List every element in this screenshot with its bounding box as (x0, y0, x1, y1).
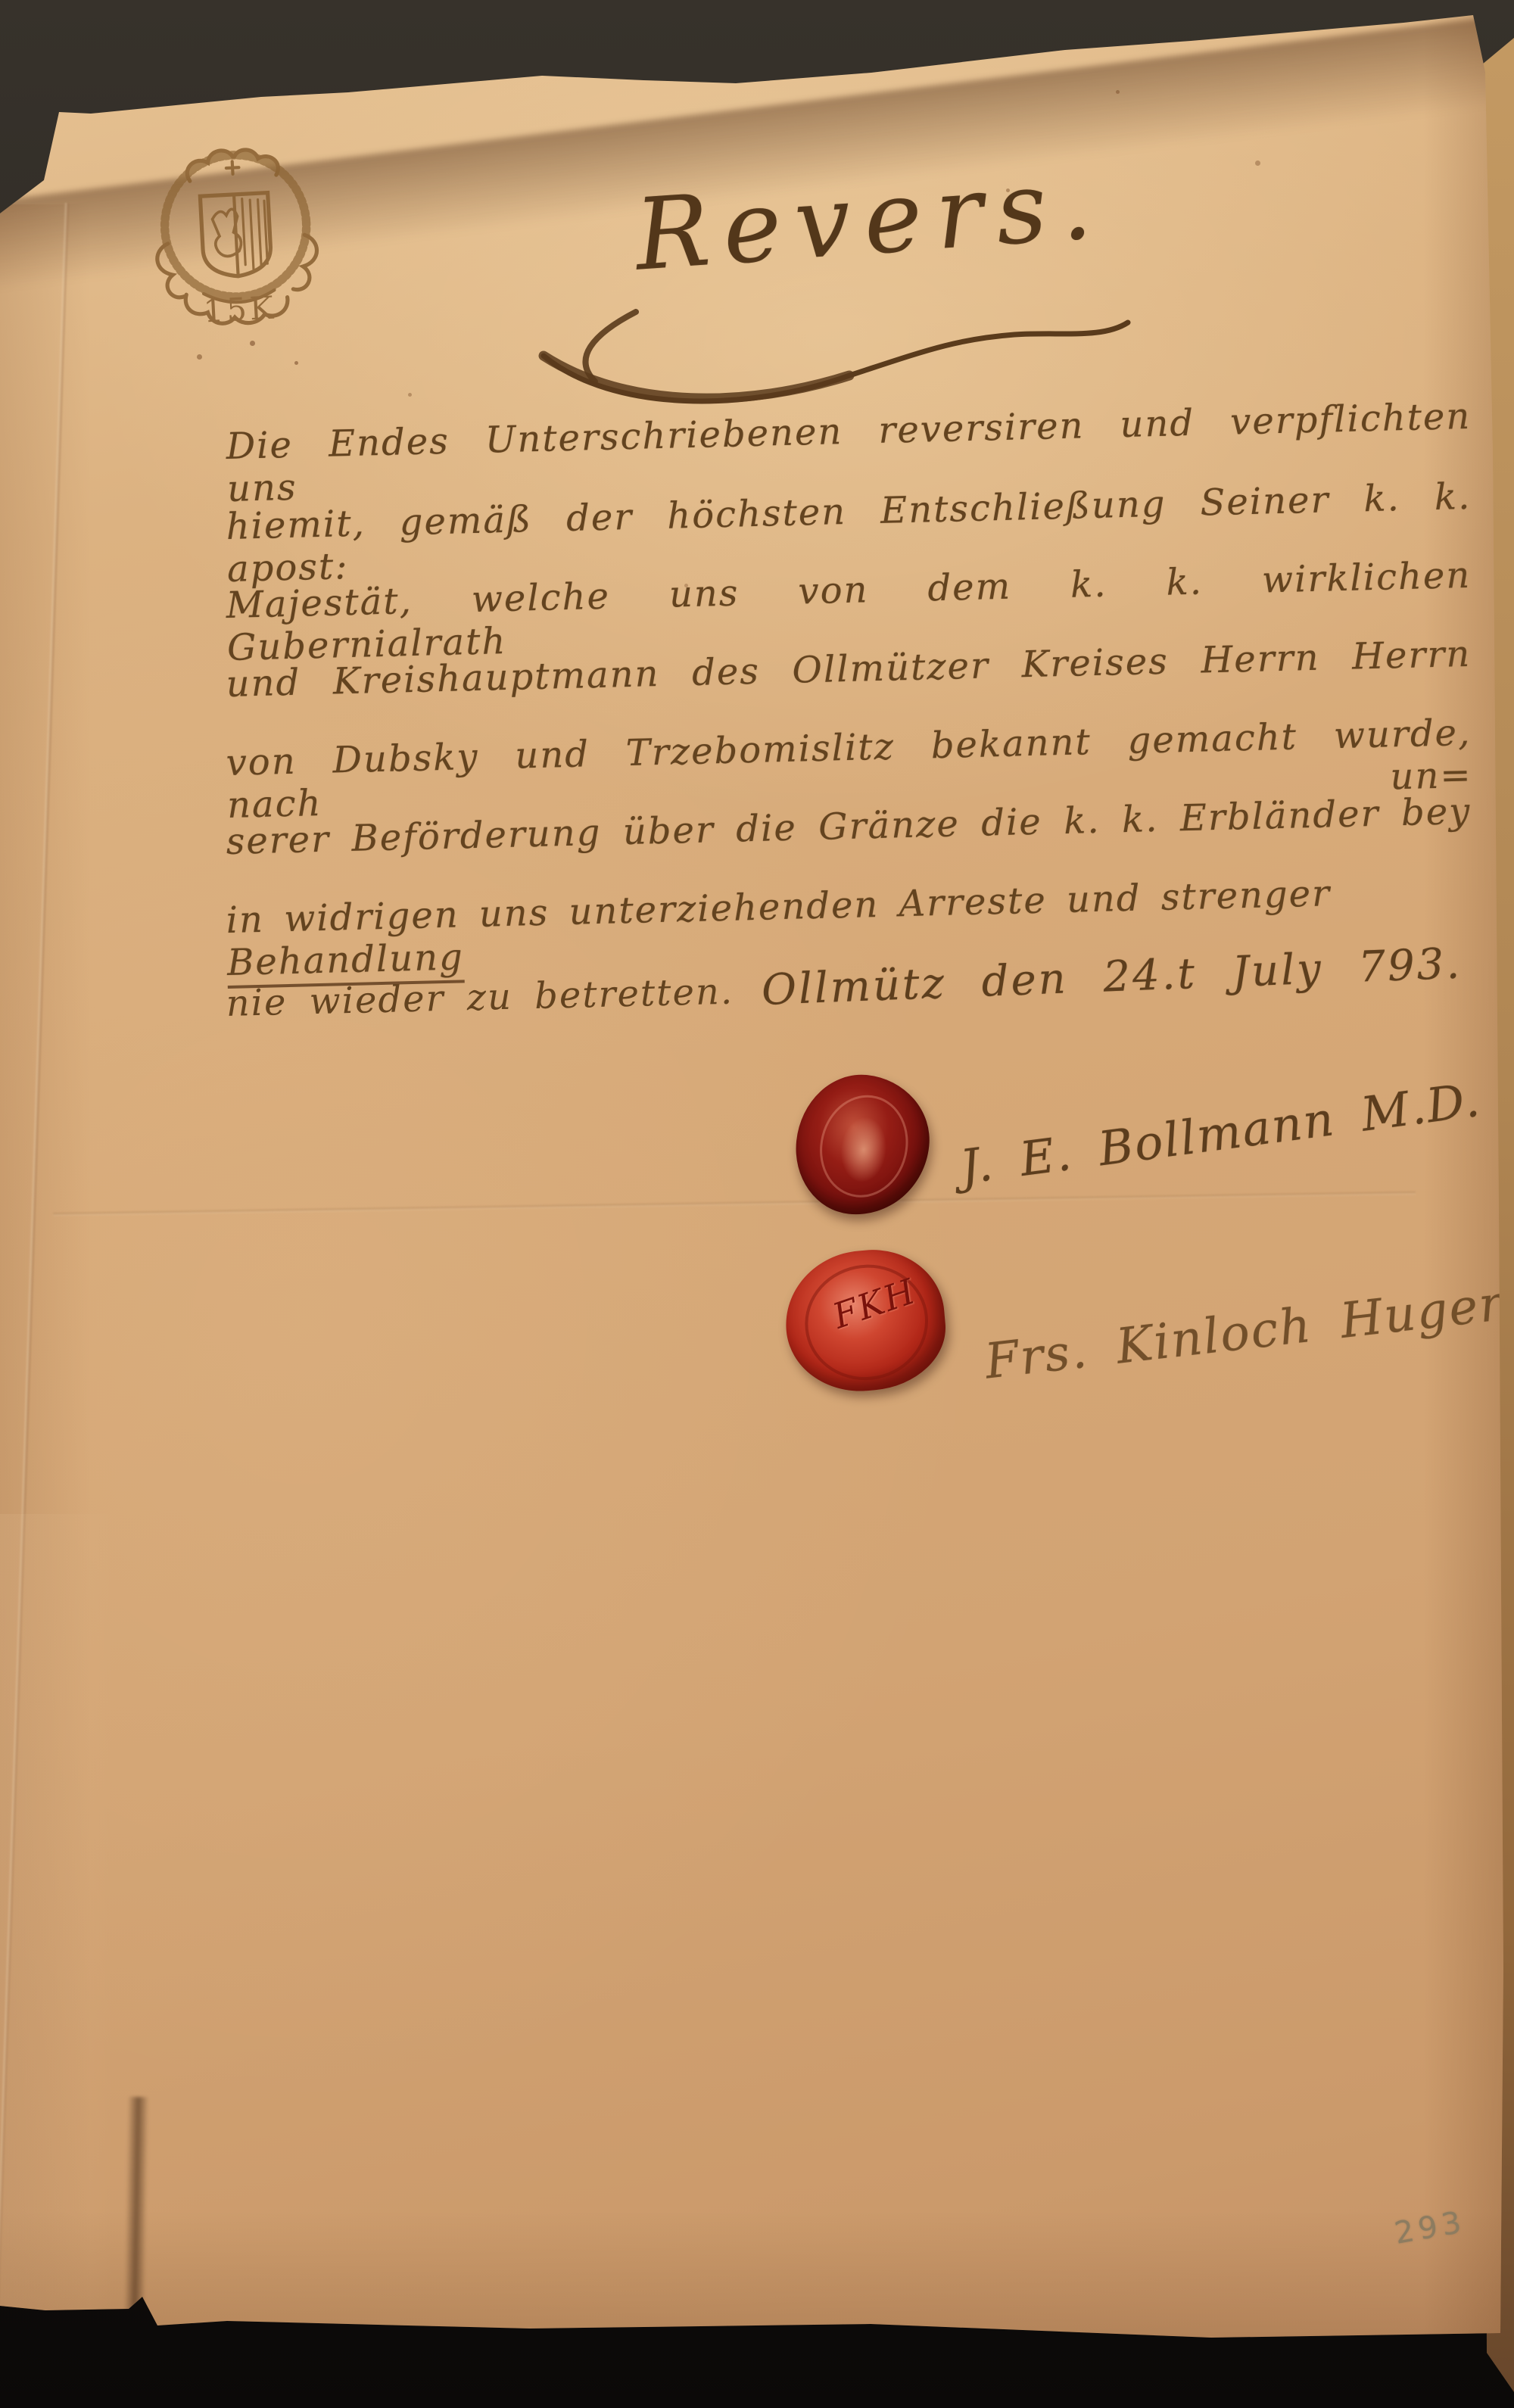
revenue-stamp-icon: 15K (140, 133, 332, 343)
document-title: Revers. (632, 154, 1108, 285)
horizontal-fold-crease (53, 1192, 1416, 1216)
photo-background: 15K Revers. Die Endes Unterschriebenen r… (0, 0, 1514, 2408)
page-gutter-shadow (123, 2097, 148, 2332)
wax-seal-bollmann-icon (790, 1068, 936, 1221)
signature-bollmann: J. E. Bollmann M.D. (958, 1076, 1484, 1192)
page-number: 293 (1392, 2204, 1469, 2251)
vertical-fold-crease (0, 203, 69, 2314)
paper-bottom-shading (0, 2211, 1514, 2408)
paper-speckles (0, 0, 2, 2)
body-line-7-text: in widrigen uns unterziehenden Arreste u… (226, 872, 1332, 942)
seal-monogram: FKH (829, 1273, 921, 1334)
stamp-value: 15K (203, 288, 278, 329)
wax-seal-huger-icon: FKH (780, 1244, 950, 1397)
underlying-leaf (0, 1514, 144, 2316)
paper-left-shading (0, 204, 91, 2316)
document-page: 15K Revers. Die Endes Unterschriebenen r… (0, 0, 1514, 2408)
signature-huger: Frs. Kinloch Huger (983, 1279, 1506, 1387)
